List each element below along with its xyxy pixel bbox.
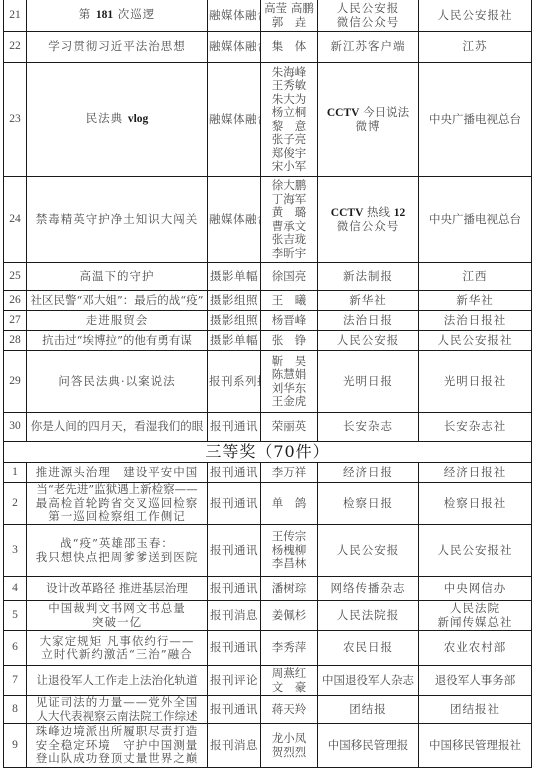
latin-text: 181	[96, 9, 113, 21]
table-row: 27走进服贸会摄影组照杨晋峰法治日报法治日报社	[4, 311, 532, 331]
title-line: 推进源头治理 建设平安中国	[28, 466, 206, 480]
category-line: 报刊通讯	[210, 419, 258, 433]
work-title: 民法典 vlog	[27, 63, 208, 177]
media-line: 法治日报	[319, 314, 417, 328]
recommending-unit: 农业农村部	[419, 631, 532, 666]
recommending-unit: 江苏	[419, 32, 532, 63]
authors-line: 杨立桐	[262, 106, 316, 120]
media-line: 人民公安报	[319, 2, 417, 16]
category-line: 融媒体	[209, 8, 245, 22]
unit-line: 法治日报社	[420, 314, 530, 328]
work-title: 问答民法典·以案说法	[27, 351, 208, 413]
title-line: 社区民警“邓大姐”：最后的战“疫”	[28, 294, 206, 308]
third-prize-section: 三等奖（70件）	[4, 442, 532, 463]
work-title: 中国裁判文书网文书总量突破一亿	[27, 601, 208, 631]
authors-line: 李昕宇	[262, 247, 316, 261]
title-line: 问答民法典·以案说法	[28, 375, 206, 389]
recommending-unit: 团结报社	[419, 696, 532, 724]
authors-line: 杨槐柳	[262, 544, 316, 558]
latin-text: CCTV	[327, 107, 360, 119]
media-line: 长安杂志	[319, 420, 417, 434]
media-line: 人民公安报	[319, 334, 417, 348]
publishing-media: 新法制报	[318, 263, 419, 291]
recommending-unit: 中央广播电视总台	[419, 63, 532, 177]
authors-line: 李秀萍	[262, 641, 316, 655]
authors: 潘树琮	[261, 577, 318, 601]
authors-line: 文 豪	[262, 681, 316, 695]
authors-line: 张子亮	[262, 133, 316, 147]
authors: 龙小凤贺烈烈	[261, 724, 318, 768]
publishing-media: CCTV 热线 12微信公众号	[318, 177, 419, 263]
category-line: 报刊通讯	[210, 702, 258, 716]
row-number: 24	[4, 177, 27, 263]
authors-line: 单 鸽	[262, 497, 316, 511]
row-number: 1	[4, 463, 27, 483]
recommending-unit: 江西	[419, 263, 532, 291]
work-title: 珠峰边境派出所履职尽责打造安全稳定环境 守护中国测量登山队成功登顶丈量世界之巅	[27, 724, 208, 768]
unit-line: 中央广播电视总台	[420, 113, 530, 127]
category-line: 报刊消息	[210, 608, 258, 622]
category-line: 摄影单幅	[210, 333, 258, 347]
work-title: 学习贯彻习近平法治思想	[27, 32, 208, 63]
title-line: 第一巡回检察组工作侧记	[28, 510, 206, 524]
category: 报刊通讯	[208, 696, 261, 724]
table-row: 6大家定规矩 凡事依约行——立时代新约激活“三治”融合报刊通讯李秀萍农民日报农业…	[4, 631, 532, 666]
category: 摄影组照	[208, 311, 261, 331]
title-line: 当“老先进”监狱遇上新检察——	[28, 483, 206, 497]
authors-line: 周燕红	[262, 667, 316, 681]
title-line: 人大代表视察云南法院工作综述	[28, 710, 206, 724]
authors-line: 王金虎	[262, 395, 316, 409]
unit-line: 人民公安报社	[420, 544, 530, 558]
title-line: 安全稳定环境 守护中国测量	[28, 739, 206, 753]
category-line: 融合创新	[245, 112, 261, 126]
publishing-media: 检察日报	[318, 483, 419, 525]
publishing-media: 法治日报	[318, 311, 419, 331]
table-row: 5中国裁判文书网文书总量突破一亿报刊消息姜佩杉人民法院报人民法院新闻传媒总社	[4, 601, 532, 631]
unit-line: 农业农村部	[420, 641, 530, 655]
recommending-unit: 中央网信办	[419, 577, 532, 601]
latin-text: vlog	[128, 113, 148, 125]
authors-line: 陈慧娟	[262, 368, 316, 382]
latin-text: CCTV	[331, 207, 364, 219]
publishing-media: 人民公安报	[318, 331, 419, 351]
category: 报刊通讯	[208, 483, 261, 525]
category-line: 报刊通讯	[210, 465, 258, 479]
category-line: 报刊通讯	[210, 640, 258, 654]
category: 报刊消息	[208, 601, 261, 631]
authors-line: 李昌林	[262, 557, 316, 571]
authors-line: 朱大为	[262, 93, 316, 107]
authors: 王 曦	[261, 291, 318, 311]
title-line: 我只想快点把周爹爹送到医院	[28, 551, 206, 565]
work-title: 社区民警“邓大姐”：最后的战“疫”	[27, 291, 208, 311]
authors-line: 宋小军	[262, 160, 316, 174]
row-number: 27	[4, 311, 27, 331]
row-number: 26	[4, 291, 27, 311]
media-line: 中国退役军人杂志	[319, 674, 417, 688]
publishing-media: 网络传播杂志	[318, 577, 419, 601]
authors: 杨晋峰	[261, 311, 318, 331]
authors-line: 姜佩杉	[262, 609, 316, 623]
table-row: 28抗击过“埃博拉”的他有勇有谋摄影单幅张 铮人民公安报人民公安报社	[4, 331, 532, 351]
title-line: 战“疫”英雄邵玉春：	[28, 537, 206, 551]
title-line: 学习贯彻习近平法治思想	[28, 40, 206, 54]
category-line: 报刊通讯	[210, 581, 258, 595]
work-title: 第 181 次巡逻	[27, 0, 208, 32]
publishing-media: 经济日报	[318, 463, 419, 483]
category: 报刊通讯	[208, 577, 261, 601]
table-row: 22学习贯彻习近平法治思想融媒体融合创新集 体新江苏客户端江苏	[4, 32, 532, 63]
category: 融媒体融合创新	[208, 177, 261, 263]
table-row: 8见证司法的力量——党外全国人大代表视察云南法院工作综述报刊通讯蒋天羚团结报团结…	[4, 696, 532, 724]
title-line: 登山队成功登顶丈量世界之巅	[28, 752, 206, 766]
third-prize-rows: 1推进源头治理 建设平安中国报刊通讯李万祥经济日报经济日报社2当“老先进”监狱遇…	[4, 463, 532, 768]
category: 摄影单幅	[208, 331, 261, 351]
title-line: 禁毒精英守护净土知识大闯关	[28, 213, 206, 227]
publishing-media: 光明日报	[318, 351, 419, 413]
title-line: 走进服贸会	[28, 314, 206, 328]
category-line: 融合创新	[245, 8, 261, 22]
authors-line: 杨晋峰	[262, 314, 316, 328]
media-line: 网络传播杂志	[319, 582, 417, 596]
title-line: 立时代新约激活“三治”融合	[28, 648, 206, 662]
category-line: 报刊评论	[210, 673, 258, 687]
category: 融媒体融合创新	[208, 32, 261, 63]
authors-line: 龙小凤	[262, 732, 316, 746]
authors-line: 黎 意	[262, 120, 316, 134]
unit-line: 长安杂志社	[420, 420, 530, 434]
authors: 李秀萍	[261, 631, 318, 666]
unit-line: 人民公安报社	[420, 9, 530, 23]
work-title: 高温下的守护	[27, 263, 208, 291]
title-line: 见证司法的力量——党外全国	[28, 696, 206, 710]
category-line: 报刊通讯	[210, 543, 258, 557]
publishing-media: 中国移民管理报	[318, 724, 419, 768]
category: 报刊通讯	[208, 463, 261, 483]
authors-line: 集 体	[262, 40, 316, 54]
section-header-row: 三等奖（70件）	[4, 442, 532, 463]
title-line: 抗击过“埃博拉”的他有勇有谋	[28, 334, 206, 348]
table-row: 23民法典 vlog融媒体融合创新朱海峰王秀敏朱大为杨立桐黎 意张子亮郑俊宇宋小…	[4, 63, 532, 177]
unit-line: 退役军人事务部	[420, 674, 530, 688]
work-title: 大家定规矩 凡事依约行——立时代新约激活“三治”融合	[27, 631, 208, 666]
authors-line: 郭 垚	[262, 16, 316, 30]
category: 摄影组照	[208, 291, 261, 311]
category-line: 融合创新	[245, 39, 261, 53]
authors-line: 高莹 高鹏	[262, 2, 316, 16]
title-line: 民法典 vlog	[28, 112, 206, 127]
title-line: 第 181 次巡逻	[28, 8, 206, 23]
authors-line: 曹承文	[262, 220, 316, 234]
media-line: 微博	[319, 120, 417, 134]
table-row: 3战“疫”英雄邵玉春：我只想快点把周爹爹送到医院报刊通讯王传宗杨槐柳李昌林人民公…	[4, 525, 532, 577]
table-row: 4设计改革路径 推进基层治理报刊通讯潘树琮网络传播杂志中央网信办	[4, 577, 532, 601]
row-number: 22	[4, 32, 27, 63]
authors: 朱海峰王秀敏朱大为杨立桐黎 意张子亮郑俊宇宋小军	[261, 63, 318, 177]
row-number: 28	[4, 331, 27, 351]
unit-line: 新闻传媒总社	[420, 616, 530, 630]
table-row: 2当“老先进”监狱遇上新检察——最高检首轮跨省交叉巡回检察第一巡回检察组工作侧记…	[4, 483, 532, 525]
category: 融媒体融合创新	[208, 63, 261, 177]
authors: 李万祥	[261, 463, 318, 483]
authors: 高莹 高鹏郭 垚	[261, 0, 318, 32]
latin-text: 12	[394, 207, 406, 219]
category-line: 系列报道	[233, 374, 261, 388]
category-line: 摄影单幅	[210, 269, 258, 283]
work-title: 见证司法的力量——党外全国人大代表视察云南法院工作综述	[27, 696, 208, 724]
title-line: 大家定规矩 凡事依约行——	[28, 635, 206, 649]
work-title: 走进服贸会	[27, 311, 208, 331]
authors: 徐大鹏丁海军黄 璐曹承文张吉珑李昕宇	[261, 177, 318, 263]
authors-line: 刘华东	[262, 382, 316, 396]
recommending-unit: 人民法院新闻传媒总社	[419, 601, 532, 631]
media-line: 人民法院报	[319, 609, 417, 623]
row-number: 2	[4, 483, 27, 525]
recommending-unit: 中央广播电视总台	[419, 177, 532, 263]
authors: 荣丽英	[261, 413, 318, 442]
table-row: 1推进源头治理 建设平安中国报刊通讯李万祥经济日报经济日报社	[4, 463, 532, 483]
category: 融媒体融合创新	[208, 0, 261, 32]
authors: 王传宗杨槐柳李昌林	[261, 525, 318, 577]
unit-line: 江西	[420, 270, 530, 284]
awards-table: 21第 181 次巡逻融媒体融合创新高莹 高鹏郭 垚人民公安报微信公众号人民公安…	[3, 0, 532, 768]
authors-line: 郑俊宇	[262, 147, 316, 161]
unit-line: 经济日报社	[420, 466, 530, 480]
row-number: 6	[4, 631, 27, 666]
row-number: 25	[4, 263, 27, 291]
authors-line: 李万祥	[262, 466, 316, 480]
media-line: 经济日报	[319, 466, 417, 480]
recommending-unit: 退役军人事务部	[419, 666, 532, 696]
authors-line: 徐大鹏	[262, 179, 316, 193]
category-line: 报刊	[209, 374, 233, 388]
recommending-unit: 新华社	[419, 291, 532, 311]
category-line: 融合创新	[245, 212, 261, 226]
media-line: 农民日报	[319, 641, 417, 655]
category: 摄影单幅	[208, 263, 261, 291]
unit-line: 江苏	[420, 40, 530, 54]
row-number: 7	[4, 666, 27, 696]
recommending-unit: 法治日报社	[419, 311, 532, 331]
row-number: 23	[4, 63, 27, 177]
category: 报刊通讯	[208, 413, 261, 442]
authors-line: 靳 昊	[262, 355, 316, 369]
table-row: 21第 181 次巡逻融媒体融合创新高莹 高鹏郭 垚人民公安报微信公众号人民公安…	[4, 0, 532, 32]
publishing-media: 长安杂志	[318, 413, 419, 442]
authors-line: 贺烈烈	[262, 746, 316, 760]
row-number: 8	[4, 696, 27, 724]
authors: 靳 昊陈慧娟刘华东王金虎	[261, 351, 318, 413]
media-line: CCTV 热线 12	[319, 206, 417, 221]
media-line: 新华社	[319, 294, 417, 308]
unit-line: 新华社	[420, 294, 530, 308]
authors-line: 荣丽英	[262, 420, 316, 434]
unit-line: 中央广播电视总台	[420, 213, 530, 227]
title-line: 最高检首轮跨省交叉巡回检察	[28, 497, 206, 511]
publishing-media: 中国退役军人杂志	[318, 666, 419, 696]
recommending-unit: 经济日报社	[419, 463, 532, 483]
work-title: 禁毒精英守护净土知识大闯关	[27, 177, 208, 263]
recommending-unit: 人民公安报社	[419, 525, 532, 577]
title-line: 你是人间的四月天，看湿我们的眼	[28, 420, 206, 434]
publishing-media: 新江苏客户端	[318, 32, 419, 63]
media-line: 微信公众号	[319, 16, 417, 30]
media-line: 新法制报	[319, 270, 417, 284]
work-title: 当“老先进”监狱遇上新检察——最高检首轮跨省交叉巡回检察第一巡回检察组工作侧记	[27, 483, 208, 525]
category: 报刊消息	[208, 724, 261, 768]
unit-line: 光明日报社	[420, 375, 530, 389]
authors-line: 张 铮	[262, 334, 316, 348]
authors-line: 张吉珑	[262, 233, 316, 247]
category-line: 融媒体	[209, 112, 245, 126]
authors-line: 王传宗	[262, 530, 316, 544]
media-line: 中国移民管理报	[319, 739, 417, 753]
recommending-unit: 光明日报社	[419, 351, 532, 413]
authors-line: 潘树琮	[262, 582, 316, 596]
authors-line: 王秀敏	[262, 79, 316, 93]
publishing-media: 人民法院报	[318, 601, 419, 631]
table-row: 29问答民法典·以案说法报刊系列报道靳 昊陈慧娟刘华东王金虎光明日报光明日报社	[4, 351, 532, 413]
category: 报刊通讯	[208, 631, 261, 666]
row-number: 9	[4, 724, 27, 768]
category-line: 报刊通讯	[210, 496, 258, 510]
table-row: 7让退役军人工作走上法治化轨道报刊评论周燕红文 豪中国退役军人杂志退役军人事务部	[4, 666, 532, 696]
unit-line: 中国移民管理报社	[420, 739, 530, 753]
table-row: 24禁毒精英守护净土知识大闯关融媒体融合创新徐大鹏丁海军黄 璐曹承文张吉珑李昕宇…	[4, 177, 532, 263]
recommending-unit: 人民公安报社	[419, 331, 532, 351]
publishing-media: 农民日报	[318, 631, 419, 666]
row-number: 3	[4, 525, 27, 577]
publishing-media: 人民公安报	[318, 525, 419, 577]
recommending-unit: 长安杂志社	[419, 413, 532, 442]
title-line: 中国裁判文书网文书总量	[28, 602, 206, 616]
media-line: 团结报	[319, 703, 417, 717]
unit-line: 人民法院	[420, 602, 530, 616]
work-title: 抗击过“埃博拉”的他有勇有谋	[27, 331, 208, 351]
authors: 蒋天羚	[261, 696, 318, 724]
title-line: 让退役军人工作走上法治化轨道	[28, 674, 206, 688]
table-row: 9珠峰边境派出所履职尽责打造安全稳定环境 守护中国测量登山队成功登顶丈量世界之巅…	[4, 724, 532, 768]
media-line: 光明日报	[319, 375, 417, 389]
authors-line: 朱海峰	[262, 66, 316, 80]
unit-line: 中央网信办	[420, 582, 530, 596]
authors-line: 黄 璐	[262, 206, 316, 220]
category-line: 报刊消息	[210, 738, 258, 752]
publishing-media: 新华社	[318, 291, 419, 311]
authors: 集 体	[261, 32, 318, 63]
title-line: 突破一亿	[28, 616, 206, 630]
media-line: 新江苏客户端	[319, 40, 417, 54]
work-title: 设计改革路径 推进基层治理	[27, 577, 208, 601]
table-row: 30你是人间的四月天，看湿我们的眼报刊通讯荣丽英长安杂志长安杂志社	[4, 413, 532, 442]
row-number: 5	[4, 601, 27, 631]
category-line: 摄影组照	[210, 293, 258, 307]
authors-line: 丁海军	[262, 193, 316, 207]
row-number: 4	[4, 577, 27, 601]
table-row: 26社区民警“邓大姐”：最后的战“疫”摄影组照王 曦新华社新华社	[4, 291, 532, 311]
unit-line: 团结报社	[420, 703, 530, 717]
authors: 单 鸽	[261, 483, 318, 525]
unit-line: 检察日报社	[420, 497, 530, 511]
publishing-media: 人民公安报微信公众号	[318, 0, 419, 32]
category-line: 融媒体	[209, 39, 245, 53]
authors-line: 蒋天羚	[262, 703, 316, 717]
section-header: 三等奖（70件）	[4, 442, 532, 463]
category: 报刊系列报道	[208, 351, 261, 413]
title-line: 设计改革路径 推进基层治理	[28, 582, 206, 596]
publishing-media: 团结报	[318, 696, 419, 724]
category: 报刊评论	[208, 666, 261, 696]
recommending-unit: 检察日报社	[419, 483, 532, 525]
authors: 周燕红文 豪	[261, 666, 318, 696]
media-line: 检察日报	[319, 497, 417, 511]
table-row: 25高温下的守护摄影单幅徐国亮新法制报江西	[4, 263, 532, 291]
authors: 徐国亮	[261, 263, 318, 291]
authors-line: 王 曦	[262, 294, 316, 308]
unit-line: 人民公安报社	[420, 334, 530, 348]
media-line: 微信公众号	[319, 220, 417, 234]
title-line: 珠峰边境派出所履职尽责打造	[28, 725, 206, 739]
row-number: 30	[4, 413, 27, 442]
publishing-media: CCTV 今日说法微博	[318, 63, 419, 177]
row-number: 29	[4, 351, 27, 413]
media-line: 人民公安报	[319, 544, 417, 558]
authors: 姜佩杉	[261, 601, 318, 631]
work-title: 让退役军人工作走上法治化轨道	[27, 666, 208, 696]
category-line: 融媒体	[209, 212, 245, 226]
second-prize-rows: 21第 181 次巡逻融媒体融合创新高莹 高鹏郭 垚人民公安报微信公众号人民公安…	[4, 0, 532, 442]
recommending-unit: 中国移民管理报社	[419, 724, 532, 768]
row-number: 21	[4, 0, 27, 32]
category-line: 摄影组照	[210, 313, 258, 327]
category: 报刊通讯	[208, 525, 261, 577]
title-line: 高温下的守护	[28, 270, 206, 284]
recommending-unit: 人民公安报社	[419, 0, 532, 32]
work-title: 推进源头治理 建设平安中国	[27, 463, 208, 483]
authors: 张 铮	[261, 331, 318, 351]
work-title: 战“疫”英雄邵玉春：我只想快点把周爹爹送到医院	[27, 525, 208, 577]
work-title: 你是人间的四月天，看湿我们的眼	[27, 413, 208, 442]
media-line: CCTV 今日说法	[319, 106, 417, 121]
authors-line: 徐国亮	[262, 270, 316, 284]
